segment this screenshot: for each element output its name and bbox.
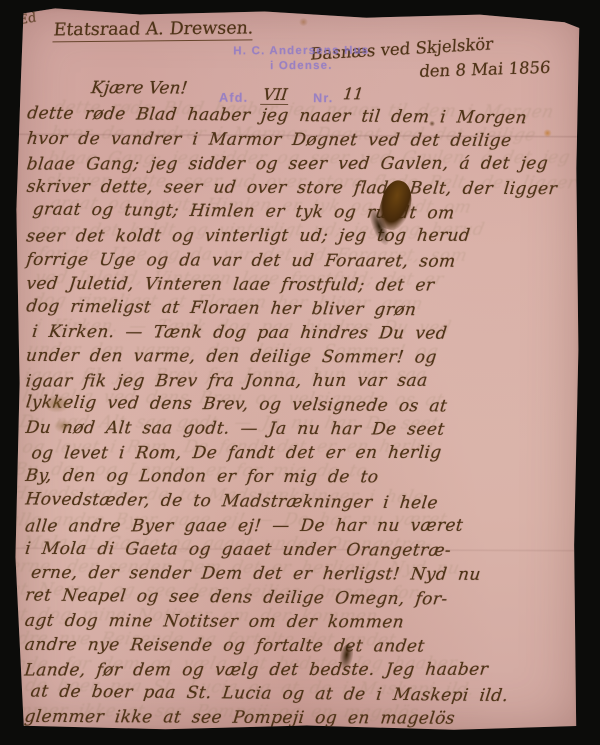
museum-stamp-line1: H. C. Andersens Hus [213,44,389,60]
letter-line: graat og tungt; Himlen er tyk og rundt o… [25,198,571,227]
foxing-spot [543,129,552,137]
letter-line: By, den og London er for mig de to [24,464,571,490]
museum-stamp-line2: i Odense. [213,59,389,75]
scan-background: { "meta": { "kind": "scanned handwritten… [0,0,600,745]
edge-stain [44,395,70,413]
afd-handwritten-value: VII [260,85,290,105]
letter-line: erne, der sender Dem det er herligst! Ny… [24,561,571,587]
letter-line: forrige Uge og da var det ud Foraaret, s… [25,247,572,273]
letter-line: og levet i Rom, De fandt det er en herli… [24,441,571,466]
letter-line: glemmer ikke at see Pompeji og en magelö… [23,705,570,731]
letter-paper: dette røde Blad haaber jeg naaer til dem… [12,7,581,733]
letter-line: seer det koldt og vinterligt ud; jeg tog… [25,224,572,249]
letter-line: agt dog mine Notitser om der kommen [24,609,571,635]
corner-annotation: Ed [18,10,37,28]
letter-line: igaar fik jeg Brev fra Jonna, hun var sa… [25,369,572,394]
letter-line: under den varme, den deilige Sommer! og [25,344,572,370]
foxing-spot [299,18,309,26]
letter-body: dette røde Blad haaber jeg naaer til dem… [24,103,571,732]
nr-stamp-label: Nr. [313,91,333,105]
letter-line: andre nye Reisende og fortalte det andet [23,633,570,659]
foxing-spot [429,121,435,127]
letter-line: blaae Gang; jeg sidder og seer ved Gavle… [25,152,572,177]
letter-line: i Kirken. — Tænk dog paa hindres Du ved [25,320,572,346]
recto-content: H. C. Andersens Hus i Odense. Afd. VII N… [12,7,581,733]
edge-stain [54,419,72,433]
letter-line: ved Juletid, Vinteren laae frostfuld; de… [25,271,572,297]
greeting-line: Kjære Ven! [90,78,188,98]
nr-handwritten-value: 11 [342,84,364,103]
recipient-line: Etatsraad A. Drewsen. [52,18,254,42]
letter-line: Hovedstæder, de to Madstrækninger i hele [24,487,570,516]
date-line: den 8 Mai 1856 [418,58,551,81]
letter-line: Lande, før dem og vælg det bedste. Jeg h… [23,658,570,683]
letter-line: hvor de vandrer i Marmor Døgnet ved det … [26,127,573,153]
museum-stamp: H. C. Andersens Hus i Odense. [213,44,389,75]
letter-line: Du nød Alt saa godt. — Ja nu har De seet [24,416,571,442]
letter-line: dog rimeligst at Floraen her bliver grøn [25,294,571,323]
letter-line: alle andre Byer gaae ej! — De har nu vær… [24,513,571,538]
